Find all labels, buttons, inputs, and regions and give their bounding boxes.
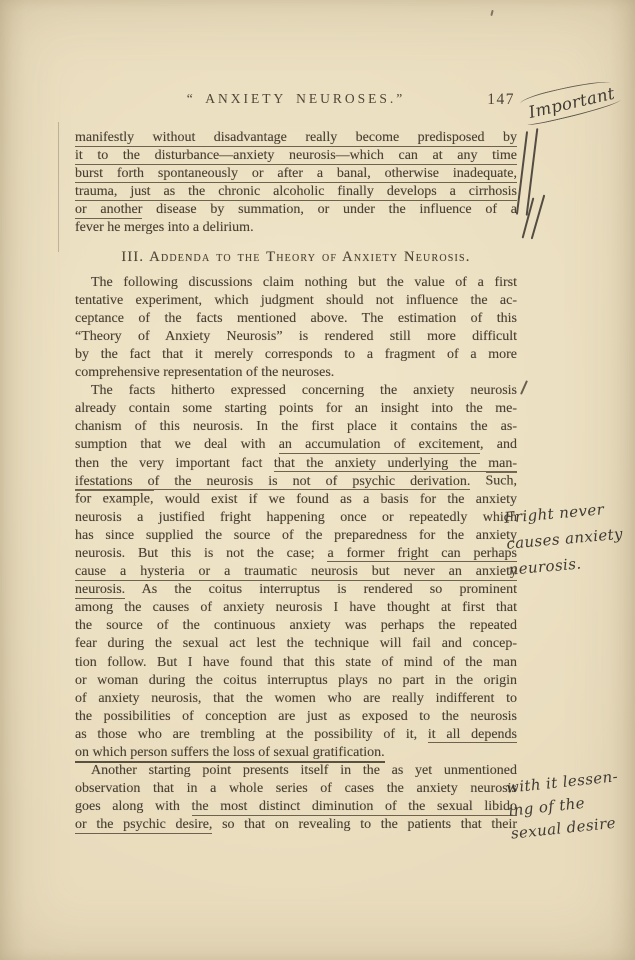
paragraph: Another starting point presents itself i… — [75, 762, 517, 834]
text-line: tion follow. But I have found that this … — [75, 654, 517, 672]
text-line: or another disease by summation, or unde… — [75, 201, 517, 219]
underlined-text: ifestations of the neurosis is not of ps… — [75, 474, 470, 491]
text-line: for example, would exist if we found as … — [75, 491, 517, 509]
text-line: the possibilities of conception are just… — [75, 708, 517, 726]
text-block: manifestly without disadvantage really b… — [75, 129, 517, 834]
text-segment — [470, 474, 485, 489]
text-line: The following discussions claim nothing … — [75, 274, 517, 292]
text-line: fever he merges into a delirium. — [75, 219, 517, 237]
text-segment: Another starting point presents itself i… — [91, 763, 517, 778]
text-segment: comprehensive representation of the neur… — [75, 365, 334, 380]
text-segment: “Theory of Anxiety Neurosis” is rendered… — [75, 329, 517, 344]
text-segment: as those who are trembling at the possib… — [75, 727, 428, 742]
text-line: Another starting point presents itself i… — [75, 762, 517, 780]
page-number: 147 — [487, 91, 515, 109]
text-line: has since supplied the source of the pre… — [75, 527, 517, 545]
underlined-text: burst forth spontaneously or after a ban… — [75, 166, 517, 183]
paragraph: The facts hitherto expressed concerning … — [75, 382, 517, 762]
text-segment: would exist if we found as a basis for t… — [154, 492, 517, 507]
overlined-text: for example, — [75, 490, 154, 507]
text-line: trauma, just as the chronic alcoholic fi… — [75, 183, 517, 201]
text-line: of anxiety neurosis, that the women who … — [75, 690, 517, 708]
text-segment: neurosis a justified fright happening on… — [75, 510, 517, 525]
text-line: or woman during the coitus interruptus p… — [75, 672, 517, 690]
text-segment: goes along with — [75, 799, 192, 814]
text-line: on which person suffers the loss of sexu… — [75, 744, 517, 762]
text-line: as those who are trembling at the possib… — [75, 726, 517, 744]
underlined-text: that the anxiety underlying the man- — [274, 456, 517, 473]
text-segment: chanism of this neurosis. In the first p… — [75, 419, 517, 434]
underlined-text: an accumulation of excitement — [279, 437, 480, 454]
margin-note-important: Important — [527, 81, 629, 122]
text-segment: fever he merges into a delirium. — [75, 220, 254, 235]
overlined-text: Such, — [486, 472, 518, 489]
text-line: cause a hysteria or a traumatic neurosis… — [75, 563, 517, 581]
paragraph: The following discussions claim nothing … — [75, 274, 517, 383]
text-line: or the psychic desire, so that on reveal… — [75, 816, 517, 834]
underlined-text: or the psychic desire, — [75, 817, 212, 834]
text-segment: The facts hitherto expressed concerning … — [91, 383, 517, 398]
text-segment: the source of the continuous anxiety was… — [75, 618, 517, 633]
text-line: neurosis. But this is not the case; a fo… — [75, 545, 517, 563]
text-line: sumption that we deal with an accumulati… — [75, 436, 517, 454]
text-segment: As the coitus interruptus is rendered so… — [125, 582, 517, 597]
text-segment: The following discussions claim nothing … — [91, 275, 517, 290]
text-segment: by the fact that it merely corresponds t… — [75, 347, 517, 362]
margin-note-fright: Fright never causes anxiety neurosis. — [503, 493, 635, 583]
section-heading: III. Addenda to the Theory of Anxiety Ne… — [75, 248, 517, 266]
underlined-text: a former fright can perhaps — [327, 546, 517, 563]
text-line: it to the disturbance—anxiety neurosis—w… — [75, 147, 517, 165]
text-segment: or woman during the coitus interruptus p… — [75, 673, 517, 688]
underlined-text: it to the disturbance—anxiety neurosis—w… — [75, 148, 517, 165]
text-line: by the fact that it merely corresponds t… — [75, 346, 517, 364]
running-head: “ ANXIETY NEUROSES.” 147 — [75, 91, 517, 111]
stray-ink-mark — [490, 10, 494, 16]
text-line: then the very important fact that the an… — [75, 455, 517, 473]
text-line: manifestly without disadvantage really b… — [75, 129, 517, 147]
scanned-book-page: “ ANXIETY NEUROSES.” 147 manifestly with… — [0, 0, 635, 960]
text-segment: already contain some starting points for… — [75, 401, 517, 416]
text-line: comprehensive representation of the neur… — [75, 364, 517, 382]
underlined-text: neurosis. — [75, 582, 125, 599]
text-segment: of anxiety neurosis, that the women who … — [75, 691, 517, 706]
text-segment: neurosis. But this is not the case; — [75, 546, 327, 561]
text-line: chanism of this neurosis. In the first p… — [75, 418, 517, 436]
text-segment: observation that in a whole series of ca… — [75, 781, 517, 796]
underlined-text: on which person suffers the loss of sexu… — [75, 745, 385, 763]
text-line: already contain some starting points for… — [75, 400, 517, 418]
text-line: among the causes of anxiety neurosis I h… — [75, 599, 517, 617]
text-segment: sumption that we deal with — [75, 437, 279, 452]
text-line: tentative experiment, which judgment sho… — [75, 292, 517, 310]
text-line: The facts hitherto expressed concerning … — [75, 382, 517, 400]
text-line: neurosis. As the coitus interruptus is r… — [75, 581, 517, 599]
running-head-title: “ ANXIETY NEUROSES.” — [75, 91, 517, 107]
text-segment: tion follow. But I have found that this … — [75, 655, 517, 670]
check-mark — [520, 380, 528, 395]
text-segment: among the causes of anxiety neurosis I h… — [75, 600, 517, 615]
text-line: goes along with the most distinct diminu… — [75, 798, 517, 816]
underlined-text: the most distinct diminution of the sexu… — [192, 799, 518, 816]
text-segment: tentative experiment, which judgment sho… — [75, 293, 517, 308]
text-segment: has since supplied the source of the pre… — [75, 528, 517, 543]
text-segment: fear during the sexual act lest the tech… — [75, 636, 517, 651]
margin-note-libido: with it lessen- ing of the sexual desire — [505, 763, 635, 846]
text-line: neurosis a justified fright happening on… — [75, 509, 517, 527]
underlined-text: manifestly without disadvantage really b… — [75, 130, 517, 147]
text-line: observation that in a whole series of ca… — [75, 780, 517, 798]
text-line: fear during the sexual act lest the tech… — [75, 635, 517, 653]
text-line: “Theory of Anxiety Neurosis” is rendered… — [75, 328, 517, 346]
text-line: the source of the continuous anxiety was… — [75, 617, 517, 635]
text-line: ceptance of the facts mentioned above. T… — [75, 310, 517, 328]
scan-edge-artifact — [58, 122, 59, 252]
text-segment: , and — [480, 437, 517, 452]
text-segment: disease by summation, or under the influ… — [142, 202, 517, 217]
underlined-text: or another — [75, 202, 142, 219]
text-segment: then the very important fact — [75, 456, 274, 471]
paragraph: manifestly without disadvantage really b… — [75, 129, 517, 238]
underlined-text: trauma, just as the chronic alcoholic fi… — [75, 184, 517, 201]
underlined-text: cause a hysteria or a traumatic neurosis… — [75, 564, 517, 581]
underlined-text: it all depends — [428, 727, 517, 744]
text-segment: ceptance of the facts mentioned above. T… — [75, 311, 517, 326]
text-segment: so that on revealing to the patients tha… — [212, 817, 517, 832]
text-line: ifestations of the neurosis is not of ps… — [75, 473, 517, 491]
text-line: burst forth spontaneously or after a ban… — [75, 165, 517, 183]
text-segment: the possibilities of conception are just… — [75, 709, 517, 724]
